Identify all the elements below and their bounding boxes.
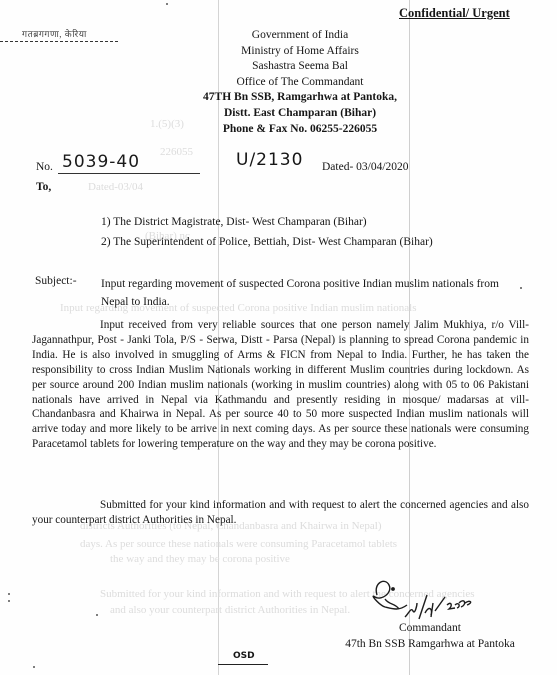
letterhead: Government of India Ministry of Home Aff… (150, 28, 450, 137)
addressee-list: 1) The District Magistrate, Dist- West C… (101, 213, 433, 252)
letterhead-force: Sashastra Seema Bal (150, 59, 450, 75)
body-paragraph: Input received from very reliable source… (32, 318, 529, 452)
signatory-unit: 47th Bn SSB Ramgarhwa at Pantoka (330, 636, 530, 652)
scan-speck (520, 287, 522, 289)
osd-underline (218, 664, 268, 665)
subject-line: Nepal to India. (101, 293, 531, 311)
signatory-title: Commandant (330, 620, 530, 636)
osd-mark: OSD (233, 651, 255, 661)
scan-speck (8, 600, 10, 602)
body-text: Input received from very reliable source… (32, 319, 529, 450)
letterhead-office: Office of The Commandant (150, 75, 450, 91)
subject-label: Subject:- (35, 275, 77, 287)
reference-underline (58, 173, 200, 174)
letterhead-government: Government of India (150, 28, 450, 44)
scan-speck (166, 3, 168, 5)
bleed-through-text: days. As per source these nationals were… (80, 538, 397, 550)
document-page: 1.(5)(3) 226055 Dated-03/04 (Bihar) nc I… (0, 0, 557, 675)
reference-label: No. (36, 161, 53, 173)
reference-number: 5039-40 (62, 152, 140, 172)
letter-date: Dated- 03/04/2020 (322, 161, 409, 173)
handwritten-signature (355, 575, 505, 623)
scan-speck (33, 666, 35, 668)
scan-speck (8, 593, 10, 595)
signature-block: Commandant 47th Bn SSB Ramgarhwa at Pant… (330, 620, 530, 652)
subject-text: Input regarding movement of suspected Co… (101, 275, 531, 311)
letterhead-phone: Phone & Fax No. 06255-226055 (150, 122, 450, 138)
bleed-through-text: the way and they may be corona positive (110, 553, 290, 565)
inward-number: U/2130 (236, 150, 303, 170)
scan-speck (96, 614, 98, 616)
letterhead-district: Distt. East Champaran (Bihar) (150, 106, 450, 122)
classification-label: Confidential/ Urgent (399, 6, 510, 21)
subject-line: Input regarding movement of suspected Co… (101, 278, 499, 290)
closing-paragraph: Submitted for your kind information and … (32, 498, 529, 528)
stamp-dashed-line (0, 41, 118, 42)
bleed-through-text: Dated-03/04 (88, 181, 143, 193)
letterhead-battalion: 47TH Bn SSB, Ramgarhwa at Pantoka, (150, 90, 450, 106)
reference-row: No. 5039-40 U/2130 Dated- 03/04/2020 (0, 150, 557, 180)
closing-text: Submitted for your kind information and … (32, 499, 529, 526)
addressee-item: 1) The District Magistrate, Dist- West C… (101, 213, 433, 233)
addressee-item: 2) The Superintendent of Police, Bettiah… (101, 233, 433, 253)
hindi-stamp: गतब्रगगणा, केरिया (22, 27, 87, 40)
to-label: To, (36, 181, 51, 193)
letterhead-ministry: Ministry of Home Affairs (150, 44, 450, 60)
bleed-through-text: and also your counterpart district Autho… (110, 604, 350, 616)
